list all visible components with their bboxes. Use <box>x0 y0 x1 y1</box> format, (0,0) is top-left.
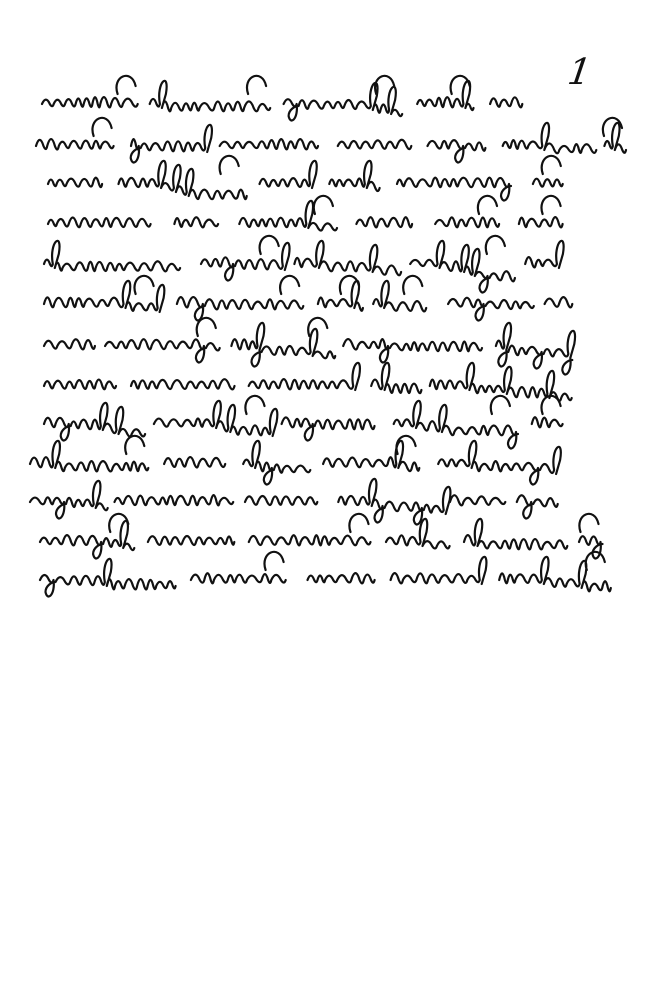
cursive-script-strokes <box>0 554 652 600</box>
manuscript-page: 1 [illegible handwritten Cyrillic cursiv… <box>0 0 652 992</box>
handwritten-line: [illegible handwritten Cyrillic cursive … <box>0 278 652 324</box>
handwritten-line: [illegible handwritten Cyrillic cursive … <box>0 554 652 600</box>
cursive-script-strokes <box>0 278 652 324</box>
handwritten-line: [illegible handwritten Cyrillic cursive … <box>0 78 652 124</box>
cursive-script-strokes <box>0 78 652 124</box>
